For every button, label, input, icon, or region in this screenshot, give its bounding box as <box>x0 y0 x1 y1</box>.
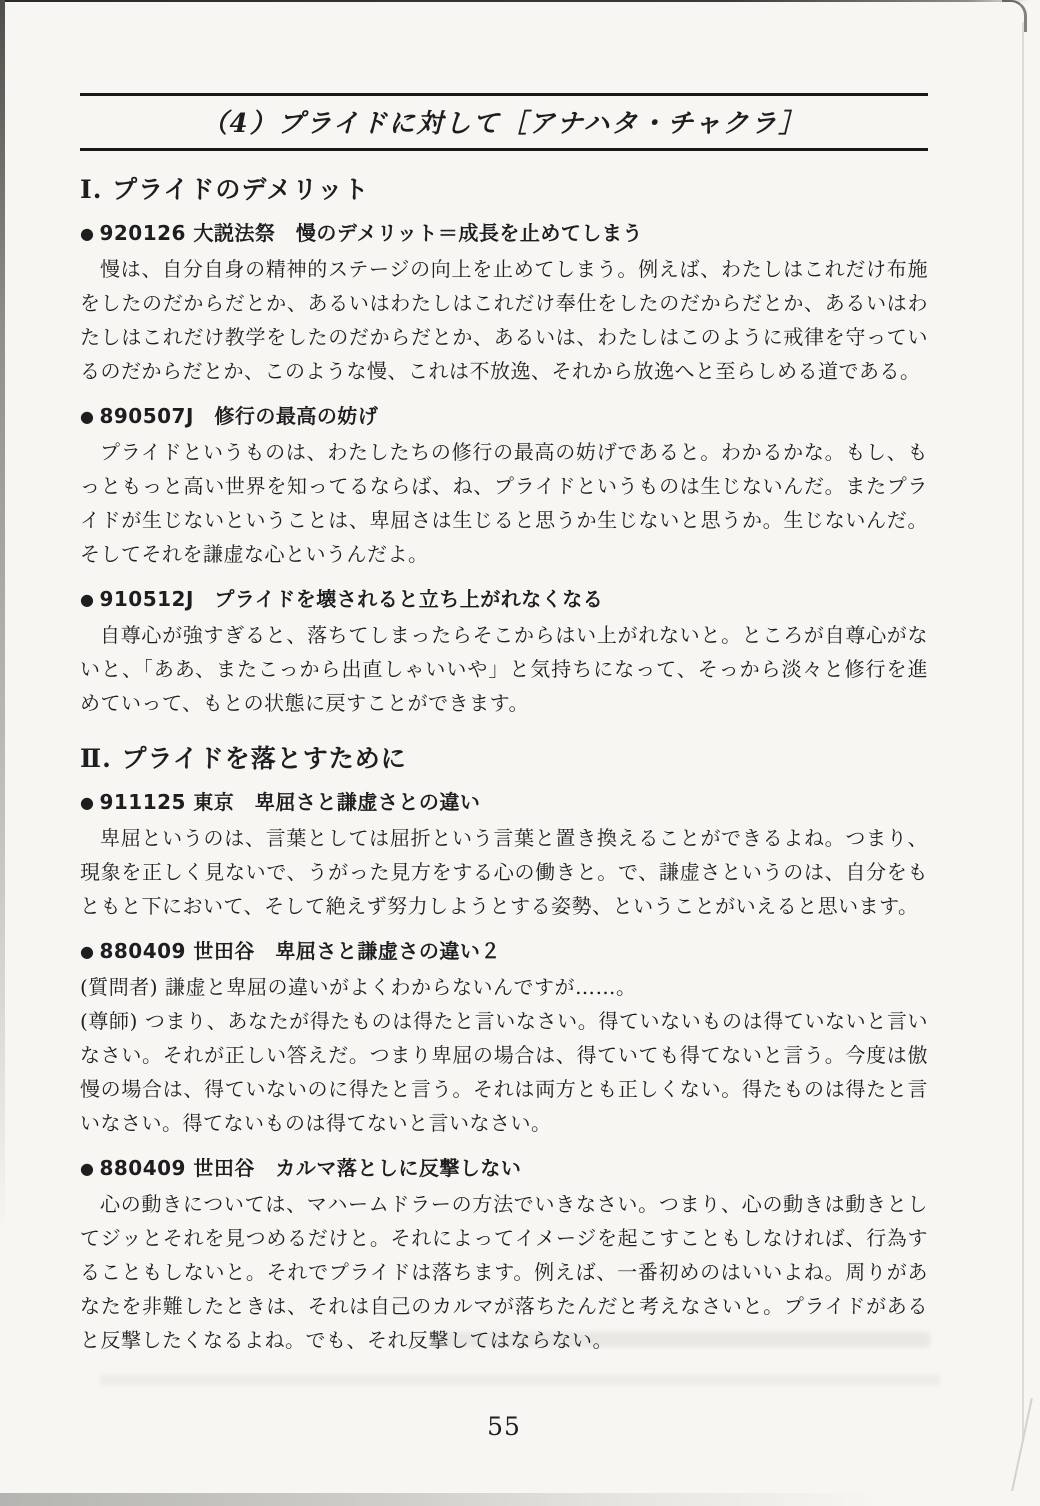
entry-heading-text: 920126 大説法祭 慢のデメリット＝成長を止めてしまう <box>99 221 642 245</box>
entry-body: 心の動きについては、マハームドラーの方法でいきなさい。つまり、心の動きは動きとし… <box>80 1187 928 1357</box>
entry-920126: ●920126 大説法祭 慢のデメリット＝成長を止めてしまう 慢は、自分自身の精… <box>80 219 928 388</box>
entry-910512J: ●910512J プライドを壊されると立ち上がれなくなる 自尊心が強すぎると、落… <box>80 585 928 720</box>
scanned-book-page: { "header": { "title": "（4）プライドに対して［アナハタ… <box>0 0 1040 1506</box>
scan-bottom-band <box>0 1493 1040 1506</box>
entry-paragraph-questioner: (質問者) 謙虚と卑屈の違いがよくわからないんですが……。 <box>80 970 928 1004</box>
entry-heading-text: 880409 世田谷 カルマ落としに反撃しない <box>99 1156 521 1180</box>
entry-heading: ●911125 東京 卑屈さと謙虚さとの違い <box>80 788 928 817</box>
entry-body: 卑屈というのは、言葉としては屈折という言葉と置き換えることができるよね。つまり、… <box>80 821 928 923</box>
section-heading-1: Ⅰ. プライドのデメリット <box>80 175 928 205</box>
bullet-icon: ● <box>80 590 94 609</box>
entry-880409-1: ●880409 世田谷 卑屈さと謙虚さの違い２ (質問者) 謙虚と卑屈の違いがよ… <box>80 937 928 1140</box>
bullet-icon: ● <box>80 224 94 243</box>
entry-body: (質問者) 謙虚と卑屈の違いがよくわからないんですが……。 (尊師) つまり、あ… <box>80 970 928 1140</box>
entry-heading-text: 880409 世田谷 卑屈さと謙虚さの違い２ <box>99 939 500 963</box>
chapter-title: （4）プライドに対して［アナハタ・チャクラ］ <box>80 96 928 148</box>
entry-body: 自尊心が強すぎると、落ちてしまったらそこからはい上がれないと。ところが自尊心がな… <box>80 618 928 720</box>
entry-heading: ●920126 大説法祭 慢のデメリット＝成長を止めてしまう <box>80 219 928 248</box>
entry-890507J: ●890507J 修行の最高の妨げ プライドというものは、わたしたちの修行の最高… <box>80 402 928 571</box>
entry-heading-text: 911125 東京 卑屈さと謙虚さとの違い <box>99 790 480 814</box>
entry-paragraph: 自尊心が強すぎると、落ちてしまったらそこからはい上がれないと。ところが自尊心がな… <box>80 618 928 720</box>
bullet-icon: ● <box>80 1159 94 1178</box>
entry-heading: ●880409 世田谷 卑屈さと謙虚さの違い２ <box>80 937 928 966</box>
entry-paragraph: 慢は、自分自身の精神的ステージの向上を止めてしまう。例えば、わたしはこれだけ布施… <box>80 252 928 388</box>
entry-880409-2: ●880409 世田谷 カルマ落としに反撃しない 心の動きについては、マハームド… <box>80 1154 928 1357</box>
entry-paragraph-master: (尊師) つまり、あなたが得たものは得たと言いなさい。得ていないものは得ていない… <box>80 1004 928 1140</box>
entry-heading: ●890507J 修行の最高の妨げ <box>80 402 928 431</box>
entry-body: 慢は、自分自身の精神的ステージの向上を止めてしまう。例えば、わたしはこれだけ布施… <box>80 252 928 388</box>
entry-heading: ●910512J プライドを壊されると立ち上がれなくなる <box>80 585 928 614</box>
entry-heading-text: 910512J プライドを壊されると立ち上がれなくなる <box>99 587 603 611</box>
entry-paragraph: 卑屈というのは、言葉としては屈折という言葉と置き換えることができるよね。つまり、… <box>80 821 928 923</box>
entry-911125: ●911125 東京 卑屈さと謙虚さとの違い 卑屈というのは、言葉としては屈折と… <box>80 788 928 923</box>
bullet-icon: ● <box>80 793 94 812</box>
page-number: 55 <box>80 1412 928 1441</box>
entry-heading-text: 890507J 修行の最高の妨げ <box>99 404 378 428</box>
entry-heading: ●880409 世田谷 カルマ落としに反撃しない <box>80 1154 928 1183</box>
page-content: （4）プライドに対して［アナハタ・チャクラ］ Ⅰ. プライドのデメリット ●92… <box>80 0 928 1441</box>
scan-corner-top-right <box>1002 0 1027 32</box>
bullet-icon: ● <box>80 942 94 961</box>
entry-paragraph: 心の動きについては、マハームドラーの方法でいきなさい。つまり、心の動きは動きとし… <box>80 1187 928 1357</box>
entry-body: プライドというものは、わたしたちの修行の最高の妨げであると。わかるかな。もし、も… <box>80 435 928 571</box>
entry-paragraph: プライドというものは、わたしたちの修行の最高の妨げであると。わかるかな。もし、も… <box>80 435 928 571</box>
bullet-icon: ● <box>80 407 94 426</box>
scan-edge-left <box>0 0 5 1506</box>
scan-edge-right <box>1022 22 1024 1442</box>
header-rule-bottom <box>80 148 928 151</box>
section-heading-2: Ⅱ. プライドを落とすために <box>80 744 928 774</box>
